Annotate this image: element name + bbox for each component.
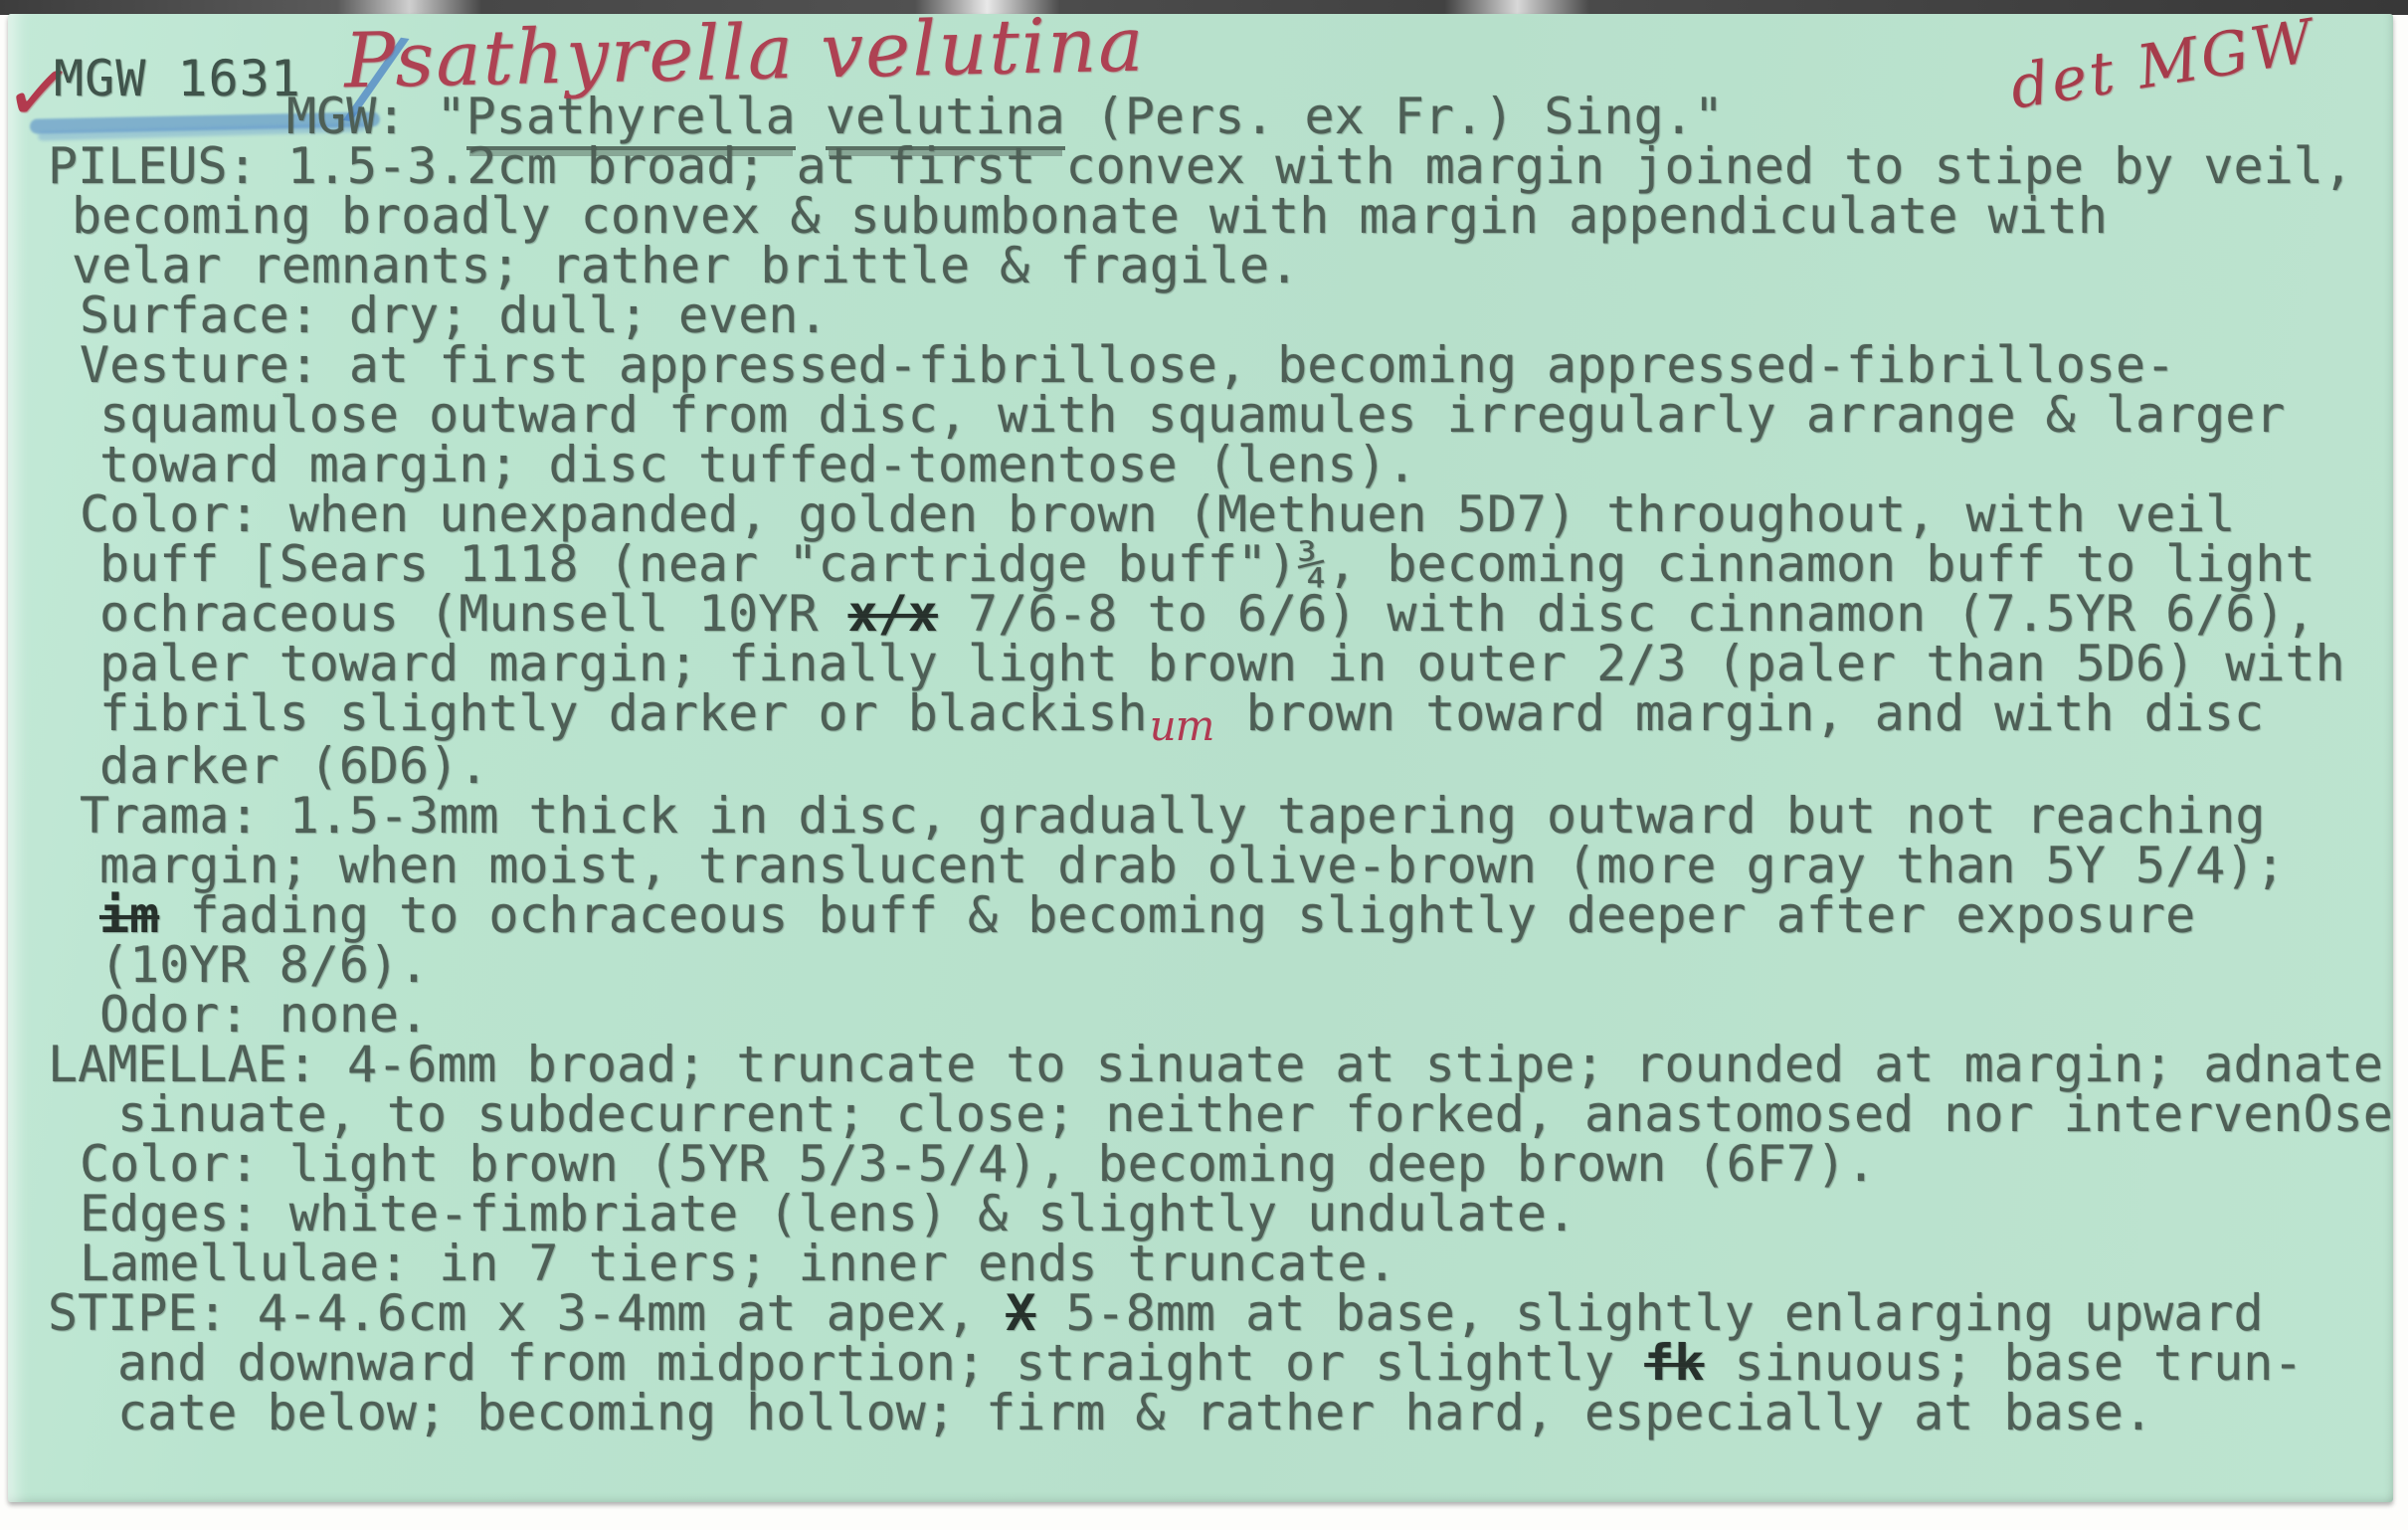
typed-line: Odor: none. xyxy=(8,990,2389,1040)
typed-line: im fading to ochraceous buff & becoming … xyxy=(8,890,2389,940)
typed-line: becoming broadly convex & subumbonate wi… xyxy=(8,191,2389,241)
typed-line: STIPE: 4-4.6cm x 3-4mm at apex, X 5-8mm … xyxy=(8,1288,2389,1338)
typed-line: and downward from midportion; straight o… xyxy=(8,1338,2389,1388)
index-card: ✓ MGW 1631 / Psathyrella velutina det MG… xyxy=(8,14,2393,1502)
typed-text-segment: brown toward margin, and with disc xyxy=(1215,684,2264,742)
typed-line: sinuate, to subdecurrent; close; neither… xyxy=(8,1089,2389,1139)
typed-text-segment: fibrils slightly darker or blackish xyxy=(99,684,1148,742)
typed-line: Edges: white-fimbriate (lens) & slightly… xyxy=(8,1189,2389,1239)
typed-line: LAMELLAE: 4-6mm broad; truncate to sinua… xyxy=(8,1040,2389,1089)
typed-line: MGW: "Psathyrella velutina (Pers. ex Fr.… xyxy=(8,92,2389,141)
typed-line: paler toward margin; finally light brown… xyxy=(8,639,2389,688)
typed-line: Color: when unexpanded, golden brown (Me… xyxy=(8,489,2389,539)
typed-line: Vesture: at first appressed-fibrillose, … xyxy=(8,340,2389,390)
typed-line: PILEUS: 1.5-3.2cm broad; at first convex… xyxy=(8,141,2389,191)
scanner-edge-strip xyxy=(0,0,2408,15)
typed-line: Surface: dry; dull; even. xyxy=(8,290,2389,340)
typed-line: buff [Sears 1118 (near "cartridge buff")… xyxy=(8,539,2389,589)
typed-line: toward margin; disc tuffed-tomentose (le… xyxy=(8,440,2389,489)
typed-line: Color: light brown (5YR 5/3-5/4), becomi… xyxy=(8,1139,2389,1189)
typed-text-segment: cate below; becoming hollow; firm & rath… xyxy=(117,1384,2153,1441)
scanned-card-page: ✓ MGW 1631 / Psathyrella velutina det MG… xyxy=(0,0,2408,1530)
typed-line: fibrils slightly darker or blackishum br… xyxy=(8,688,2389,741)
typed-line: margin; when moist, translucent drab oli… xyxy=(8,841,2389,890)
typed-text: MGW: "Psathyrella velutina (Pers. ex Fr.… xyxy=(8,92,2389,1437)
typed-line: velar remnants; rather brittle & fragile… xyxy=(8,241,2389,290)
typed-line: cate below; becoming hollow; firm & rath… xyxy=(8,1388,2389,1437)
typed-line: squamulose outward from disc, with squam… xyxy=(8,390,2389,440)
typed-line: ochraceous (Munsell 10YR x/x 7/6-8 to 6/… xyxy=(8,589,2389,639)
red-inserted-word: um xyxy=(1150,701,1214,750)
typed-line: (10YR 8/6). xyxy=(8,940,2389,990)
typed-line: Lamellulae: in 7 tiers; inner ends trunc… xyxy=(8,1239,2389,1288)
typed-text-segment: fading to ochraceous buff & becoming sli… xyxy=(159,886,2195,944)
typed-line: Trama: 1.5-3mm thick in disc, gradually … xyxy=(8,791,2389,841)
